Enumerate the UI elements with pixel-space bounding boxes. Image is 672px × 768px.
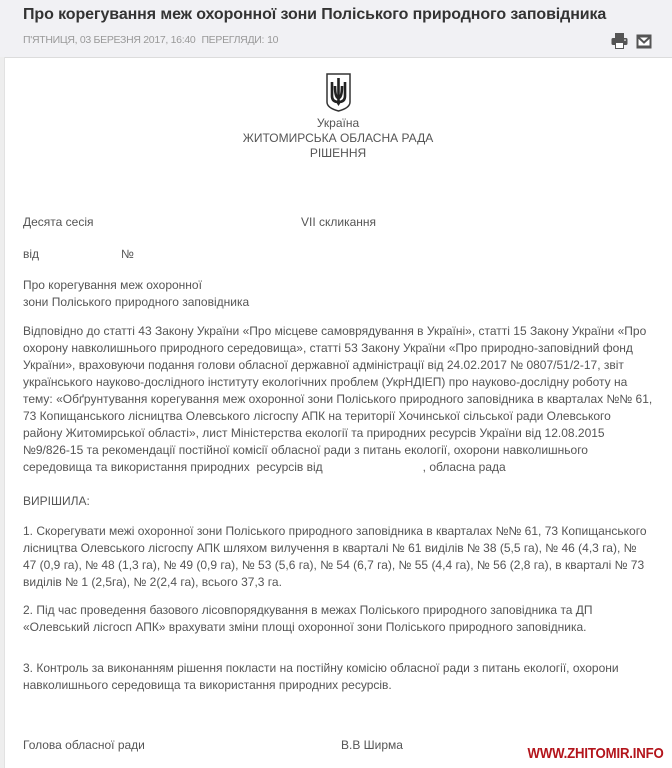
decision-item-1: 1. Скорегувати межі охоронної зони Поліс… bbox=[23, 523, 653, 591]
session-row: Десята сесія bbox=[23, 214, 94, 231]
views-label: Перегляди: bbox=[201, 34, 264, 46]
resolved-heading: ВИРІШИЛА: bbox=[23, 493, 90, 510]
council-name: ЖИТОМИРСЬКА ОБЛАСНА РАДА bbox=[23, 131, 653, 146]
number-label: № bbox=[121, 246, 134, 263]
content-left-border bbox=[0, 57, 5, 768]
decision-item-3: 3. Контроль за виконанням рішення поклас… bbox=[23, 660, 653, 694]
document-type: РІШЕННЯ bbox=[23, 146, 653, 161]
tryzub-coat-of-arms-icon bbox=[325, 72, 352, 112]
session-label: Десята сесія bbox=[23, 215, 94, 229]
subject-line-1: Про корегування меж охоронної bbox=[23, 277, 202, 294]
subject-line-2: зони Поліського природного заповідника bbox=[23, 294, 249, 311]
print-button[interactable] bbox=[611, 33, 628, 54]
article-title: Про корегування меж охоронної зони Поліс… bbox=[23, 6, 606, 24]
decision-document: Україна ЖИТОМИРСЬКА ОБЛАСНА РАДА РІШЕННЯ… bbox=[23, 72, 653, 161]
signature-title: Голова обласної ради bbox=[23, 737, 145, 754]
country-name: Україна bbox=[23, 116, 653, 131]
views-count: 10 bbox=[267, 34, 278, 46]
email-button[interactable] bbox=[636, 34, 652, 54]
envelope-icon bbox=[636, 34, 652, 49]
from-label: від bbox=[23, 246, 39, 263]
signature-name: В.В Ширма bbox=[341, 737, 403, 754]
article-header: Про корегування меж охоронної зони Поліс… bbox=[0, 0, 672, 58]
convocation-label: VII скликання bbox=[301, 214, 376, 231]
site-watermark: WWW.ZHITOMIR.INFO bbox=[528, 745, 664, 762]
document-heading: Україна ЖИТОМИРСЬКА ОБЛАСНА РАДА РІШЕННЯ bbox=[23, 116, 653, 161]
preamble-paragraph: Відповідно до статті 43 Закону України «… bbox=[23, 323, 653, 476]
printer-icon bbox=[611, 33, 628, 49]
article-date: П'ятниця, 03 березня 2017, 16:40 bbox=[23, 34, 195, 46]
article-meta: П'ятниця, 03 березня 2017, 16:40Перегляд… bbox=[23, 34, 284, 46]
decision-item-2: 2. Під час проведення базового лісовпоря… bbox=[23, 602, 653, 636]
